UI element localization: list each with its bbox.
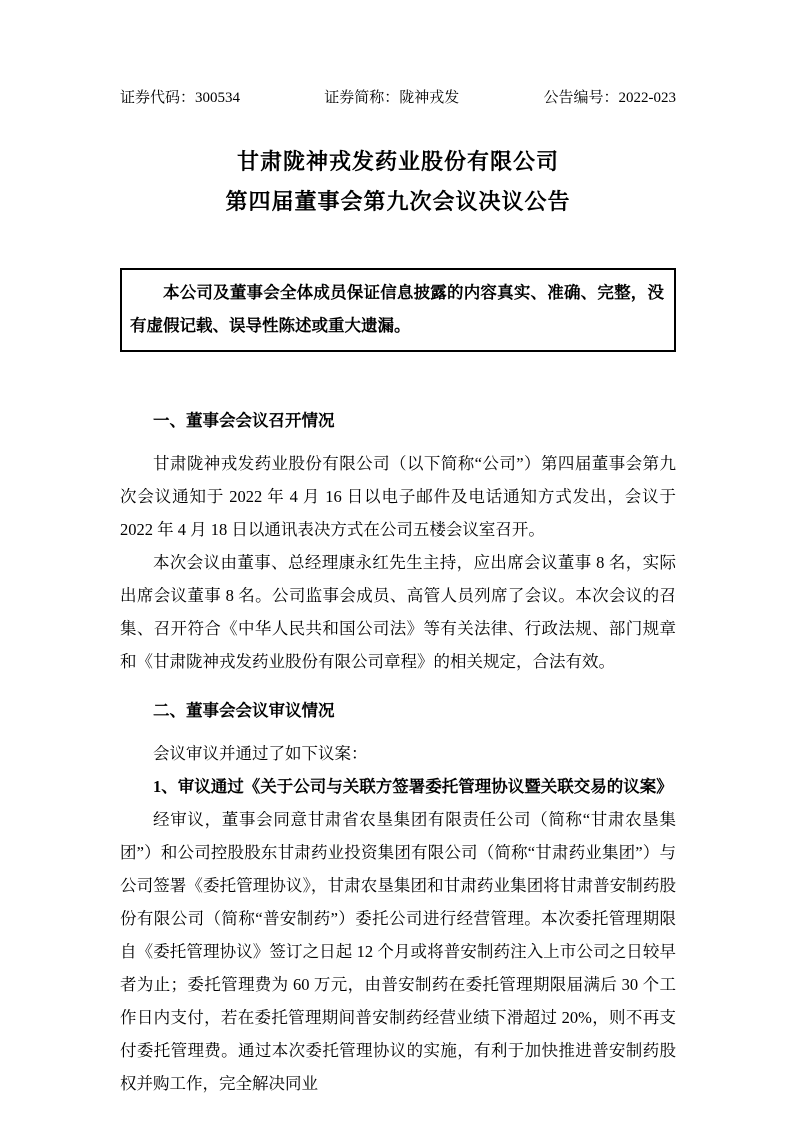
document-page: 证券代码：300534 证券简称：陇神戎发 公告编号：2022-023 甘肃陇神… <box>0 0 793 1122</box>
disclaimer-text: 本公司及董事会全体成员保证信息披露的内容真实、准确、完整，没有虚假记载、误导性陈… <box>130 276 664 342</box>
section-2-item-1-paragraph: 经审议，董事会同意甘肃省农垦集团有限责任公司（简称“甘肃农垦集团”）和公司控股股… <box>120 803 676 1100</box>
document-title: 甘肃陇神戎发药业股份有限公司 第四届董事会第九次会议决议公告 <box>120 142 676 222</box>
document-header: 证券代码：300534 证券简称：陇神戎发 公告编号：2022-023 <box>120 88 676 108</box>
section-2-heading: 二、董事会会议审议情况 <box>120 694 676 727</box>
section-2-intro: 会议审议并通过了如下议案： <box>120 737 676 770</box>
disclaimer-box: 本公司及董事会全体成员保证信息披露的内容真实、准确、完整，没有虚假记载、误导性陈… <box>120 268 676 352</box>
announcement-number: 公告编号：2022-023 <box>544 88 677 108</box>
stock-short-name: 证券简称：陇神戎发 <box>324 88 459 108</box>
title-line-1: 甘肃陇神戎发药业股份有限公司 <box>120 142 676 182</box>
title-line-2: 第四届董事会第九次会议决议公告 <box>120 182 676 222</box>
section-1-paragraph-1: 甘肃陇神戎发药业股份有限公司（以下简称“公司”）第四届董事会第九次会议通知于 2… <box>120 447 676 546</box>
section-1-heading: 一、董事会会议召开情况 <box>120 404 676 437</box>
stock-code: 证券代码：300534 <box>120 88 240 108</box>
section-1-paragraph-2: 本次会议由董事、总经理康永红先生主持，应出席会议董事 8 名，实际出席会议董事 … <box>120 546 676 678</box>
section-2-item-1-heading: 1、审议通过《关于公司与关联方签署委托管理协议暨关联交易的议案》 <box>120 770 676 803</box>
